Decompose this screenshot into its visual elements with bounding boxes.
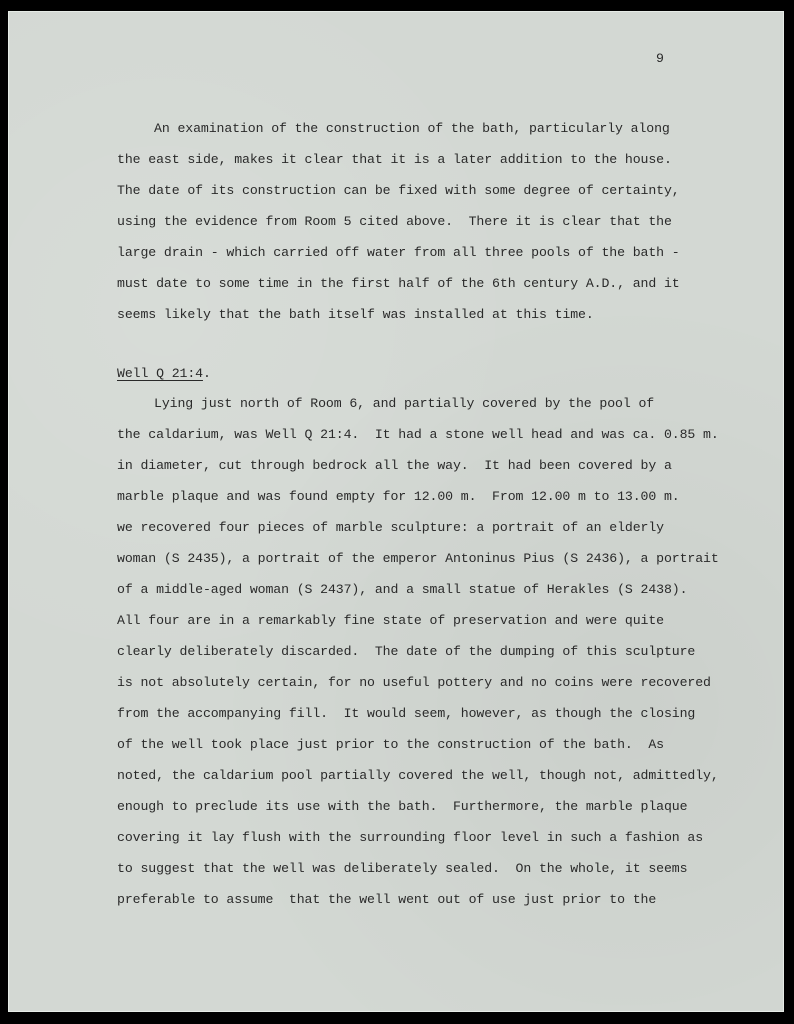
section-heading-period: . <box>203 366 211 381</box>
paragraph-line: in diameter, cut through bedrock all the… <box>117 458 672 474</box>
paragraph-line: noted, the caldarium pool partially cove… <box>117 768 719 784</box>
paragraph-line: seems likely that the bath itself was in… <box>117 307 594 323</box>
paragraph-line: clearly deliberately discarded. The date… <box>117 644 695 660</box>
paragraph-line: from the accompanying fill. It would see… <box>117 706 695 722</box>
paragraph-line: Lying just north of Room 6, and partiall… <box>154 396 654 412</box>
page-number: 9 <box>656 51 664 67</box>
paragraph-line: using the evidence from Room 5 cited abo… <box>117 214 672 230</box>
paragraph-line: of a middle-aged woman (S 2437), and a s… <box>117 582 687 598</box>
paragraph-line: we recovered four pieces of marble sculp… <box>117 520 664 536</box>
paragraph-line: covering it lay flush with the surroundi… <box>117 830 703 846</box>
section-heading: Well Q 21:4. <box>117 366 211 382</box>
paragraph-line: the east side, makes it clear that it is… <box>117 152 672 168</box>
document-page: 9 An examination of the construction of … <box>8 11 784 1012</box>
paragraph-line: preferable to assume that the well went … <box>117 892 656 908</box>
paragraph-line: is not absolutely certain, for no useful… <box>117 675 711 691</box>
paragraph-line: marble plaque and was found empty for 12… <box>117 489 680 505</box>
paragraph-line: The date of its construction can be fixe… <box>117 183 680 199</box>
paragraph-line: the caldarium, was Well Q 21:4. It had a… <box>117 427 719 443</box>
paragraph-line: woman (S 2435), a portrait of the empero… <box>117 551 719 567</box>
paragraph-line: enough to preclude its use with the bath… <box>117 799 687 815</box>
paragraph-line: to suggest that the well was deliberatel… <box>117 861 687 877</box>
paragraph-line: All four are in a remarkably fine state … <box>117 613 664 629</box>
section-heading-text: Well Q 21:4 <box>117 366 203 381</box>
paragraph-line: An examination of the construction of th… <box>154 121 670 137</box>
paragraph-line: large drain - which carried off water fr… <box>117 245 680 261</box>
paragraph-line: must date to some time in the first half… <box>117 276 680 292</box>
paragraph-line: of the well took place just prior to the… <box>117 737 664 753</box>
